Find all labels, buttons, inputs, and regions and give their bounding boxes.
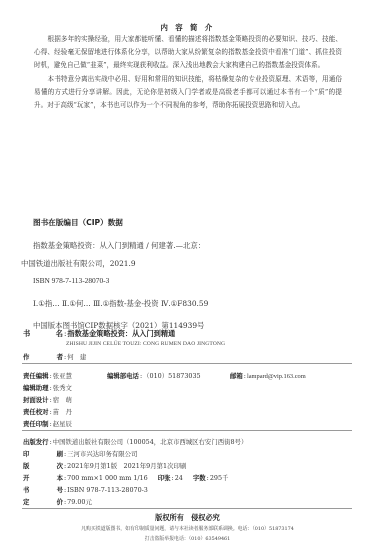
divider (22, 430, 352, 431)
isbn-value: ISBN 978-7-113-28070-3 (67, 486, 148, 494)
copyright-note: 凡购买铁道版图书，如有印制质量问题，请与本社读者服务部联系调换。电话：（010）… (0, 525, 375, 532)
assistant-name: 张秀文 (53, 384, 72, 392)
publisher-label: 出版发行 (23, 437, 49, 446)
book-title-row: 书名 :指数基金策略投资：从入门到精通 (23, 329, 175, 339)
sheets-label: 印张 (158, 473, 171, 482)
summary-paragraph: 根据多年的实操经验，用大家都能听懂、看懂的描述将指数基金策略投资的必要知识、技巧… (34, 33, 342, 73)
isbn-label: 书号 (23, 485, 63, 494)
cip-title-line: 指数基金策略投资：从入门到精通 / 何建著.—北京： (33, 240, 205, 251)
author-name: 何 建 (67, 353, 86, 361)
email-address: lampard@vip.163.com (247, 373, 306, 380)
edition-row: 版次:2021年9月第1版 2021年9月第1次印刷 (23, 461, 186, 470)
cip-publisher-line: 中国铁道出版社有限公司，2021.9 (21, 258, 136, 269)
sheets-value: 24 (175, 474, 183, 482)
price-row: 定价:79.00元 (23, 497, 92, 506)
divider (22, 508, 352, 509)
words-value: 295千 (210, 474, 229, 482)
editor-name: 张亚慧 (53, 372, 72, 380)
editor-row: 责任编辑:张亚慧 (23, 371, 72, 380)
summary-title: 内 容 简 介 (0, 22, 375, 33)
format-row: 开本:700 mm×1 000 mm 1/16 印张:24 字数:295千 (23, 473, 228, 482)
print-manager-row: 责任印制:赵星辰 (23, 419, 72, 428)
printer-label: 印刷 (23, 449, 63, 458)
proofreader-row: 责任校对:苗 丹 (23, 407, 72, 416)
format-label: 开本 (23, 473, 63, 482)
edition-info: 2021年9月第1版 2021年9月第1次印刷 (67, 462, 186, 470)
cover-designer: 宿 萌 (53, 396, 72, 404)
price-value: 79.00元 (67, 498, 92, 506)
assistant-label: 编辑助理 (23, 383, 49, 392)
proofreader-name: 苗 丹 (53, 408, 72, 416)
printer-name: 三河市兴达印务有限公司 (67, 450, 137, 458)
book-title: 指数基金策略投资：从入门到精通 (67, 329, 175, 338)
price-label: 定价 (23, 497, 63, 506)
email-label: 邮箱 (230, 371, 243, 380)
assistant-row: 编辑助理:张秀文 (23, 383, 72, 392)
cip-isbn: ISBN 978-7-113-28070-3 (33, 276, 109, 285)
proofreader-label: 责任校对 (23, 407, 49, 416)
publisher-info: 中国铁道出版社有限公司（100054，北京市西城区右安门西街8号） (53, 438, 248, 446)
cover-design-label: 封面设计 (23, 395, 49, 404)
email-row: 邮箱:lampard@vip.163.com (230, 371, 306, 380)
author-row: 作者 :何 建 (23, 352, 86, 361)
printer-row: 印刷:三河市兴达印务有限公司 (23, 449, 137, 458)
divider (22, 363, 352, 364)
book-title-label: 书名 (23, 329, 63, 339)
print-manager-label: 责任印制 (23, 419, 49, 428)
piracy-hotline: 打击盗版举报电话：（010）63549461 (0, 535, 375, 542)
copyright-title: 版权所有 侵权必究 (0, 513, 375, 523)
phone-number: （010）51873035 (143, 372, 201, 380)
book-title-pinyin: ZHISHU JIJIN CELÜE TOUZI: CONG RUMEN DAO… (66, 341, 225, 347)
author-label: 作者 (23, 352, 63, 361)
words-label: 字数 (193, 473, 206, 482)
summary-paragraph: 本书特意分离出实战中必用、好用和常用的知识技能，将枯燥复杂的专业投资原理、术语等… (34, 73, 342, 113)
format-size: 700 mm×1 000 mm 1/16 (67, 474, 148, 482)
edition-label: 版次 (23, 461, 63, 470)
publisher-row: 出版发行:中国铁道出版社有限公司（100054，北京市西城区右安门西街8号） (23, 437, 247, 446)
editor-label: 责任编辑 (23, 371, 49, 380)
cip-heading: 图书在版编目（CIP）数据 (33, 217, 123, 228)
print-manager-name: 赵星辰 (53, 420, 72, 428)
phone-label: 编辑部电话 (107, 371, 139, 380)
phone-row: 编辑部电话:（010）51873035 (107, 371, 201, 380)
summary-text: 根据多年的实操经验，用大家都能听懂、看懂的描述将指数基金策略投资的必要知识、技巧… (34, 33, 342, 112)
cip-classification: Ⅰ.①指… Ⅱ.①何… Ⅲ.①指数-基金-投资 Ⅳ.①F830.59 (33, 298, 208, 309)
cover-design-row: 封面设计:宿 萌 (23, 395, 72, 404)
isbn-row: 书号:ISBN 978-7-113-28070-3 (23, 485, 148, 494)
